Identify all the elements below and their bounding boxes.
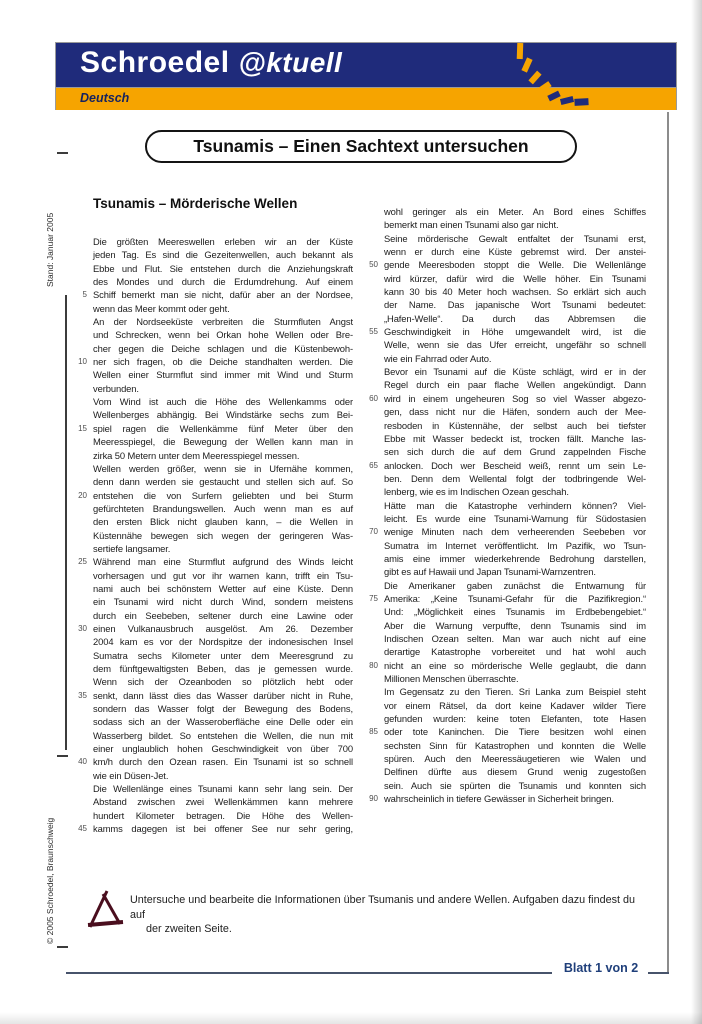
text-line: Küstennähe bewegen sich wegen der gering… — [93, 529, 353, 542]
text-line: denn dann werden sie gestaucht und stell… — [93, 475, 353, 488]
text-line: 90wahrscheinlich in tiefere Gewässer in … — [384, 792, 646, 805]
text-line: Wellen werden größer, wenn sie in Ufernä… — [93, 462, 353, 475]
text-line: jeden Tag. Es sind die Gezeitenwellen, a… — [93, 248, 353, 261]
text-line: wenn er durch eine Küste gebremst wird. … — [384, 245, 646, 258]
text-line: 65anlocken. Doch wer Bescheid weiß, renn… — [384, 459, 646, 472]
gutter-tick-top — [57, 152, 68, 154]
text-line: 10ner sich fragen, ob die Deiche standha… — [93, 355, 353, 368]
line-number: 45 — [65, 822, 87, 835]
text-line: Im Gegensatz zu den Tieren. Sri Lanka zu… — [384, 685, 646, 698]
line-number: 80 — [356, 659, 378, 672]
text-line: 75Amerika: „Keine Tsunami-Gefahr für die… — [384, 592, 646, 605]
text-line: nami auch bei schönstem Wetter auf eine … — [93, 582, 353, 595]
text-line: resboden in Küstennähe, der selbst auch … — [384, 419, 646, 432]
line-number: 75 — [356, 592, 378, 605]
text-line: Ebbe und Flut. Sie entstehen durch die A… — [93, 262, 353, 275]
page-label: Blatt 1 von 2 — [557, 961, 645, 975]
scan-edge-right — [691, 0, 702, 1024]
text-line: verbunden. — [93, 382, 353, 395]
text-line: Aber die Warnung verpuffte, denn Tsunami… — [384, 619, 646, 632]
text-line: Die Wellenlänge eines Tsunami kann sehr … — [93, 782, 353, 795]
text-line: 70wenige Minuten nach dem verheerenden S… — [384, 525, 646, 538]
line-number: 65 — [356, 459, 378, 472]
title-pill: Tsunamis – Einen Sachtext untersuchen — [145, 130, 577, 163]
text-line: Indischen Ozean selten. Man war auch nic… — [384, 632, 646, 645]
text-line: cher gegen die Deiche schlagen und die K… — [93, 342, 353, 355]
left-margin-note-top: Stand: Januar 2005 — [45, 213, 55, 287]
line-number: 25 — [65, 555, 87, 568]
line-number: 90 — [356, 792, 378, 805]
text-line: gefürchteten Brandungswellen. Auch wenn … — [93, 502, 353, 515]
text-line: 80nicht an eine so mörderische Welle geg… — [384, 659, 646, 672]
line-number: 40 — [65, 755, 87, 768]
text-line: sondern das Wasser folgt der Bewegung de… — [93, 702, 353, 715]
text-line: Die Amerikaner gaben zunächst die Entwar… — [384, 579, 646, 592]
gutter-tick-bottom — [57, 946, 68, 948]
text-line: Wenn sich der Ozeanboden so plötzlich he… — [93, 675, 353, 688]
text-line: 55Geschwindigkeit in Höhe umgewandelt wi… — [384, 325, 646, 338]
text-line: 2004 kam es vor der Nordspitze der indon… — [93, 635, 353, 648]
right-column: wohl geringer als ein Meter. An Bord ein… — [384, 205, 646, 805]
text-line: 30einen Vulkanausbruch ausgelöst. Am 26.… — [93, 622, 353, 635]
text-line: sertiefe langsamer. — [93, 542, 353, 555]
text-line: Hätte man die Katastrophe verhindern kön… — [384, 499, 646, 512]
text-line: den ersten Blick nicht glauben kann, – d… — [93, 515, 353, 528]
text-line: hundert Kilometer betragen. Die Höhe des… — [93, 809, 353, 822]
text-line: 5Schiff bemerkt man sie nicht, dafür abe… — [93, 288, 353, 301]
worksheet-page: { "header": { "brand": "Schroedel", "bra… — [0, 0, 702, 1024]
right-border-line — [667, 112, 669, 974]
text-line: wohl geringer als ein Meter. An Bord ein… — [384, 205, 646, 218]
left-column: Die größten Meereswellen erleben wir an … — [93, 235, 353, 835]
line-number: 15 — [65, 422, 87, 435]
text-line: ein Tsunami wird nicht durch Wind, sonde… — [93, 595, 353, 608]
text-line: Wasserberg bildet. So entstehen die Well… — [93, 729, 353, 742]
text-line: wie ein Fahrrad oder Auto. — [384, 352, 646, 365]
text-line: Abstand zwischen zwei Wellenkämmen kann … — [93, 795, 353, 808]
text-line: 85oder tote Kaninchen. Die Tiere besitze… — [384, 725, 646, 738]
text-line: leicht. Es wurde eine Tsunami-Warnung fü… — [384, 512, 646, 525]
text-line: dem fünftgewaltigsten Beben, das je geme… — [93, 662, 353, 675]
text-line: Wellenberges abhängig. Bei Windstärke se… — [93, 408, 353, 421]
page-title: Tsunamis – Einen Sachtext untersuchen — [193, 136, 528, 157]
line-number: 30 — [65, 622, 87, 635]
brand-name: Schroedel — [80, 46, 230, 79]
line-number: 60 — [356, 392, 378, 405]
text-line: sodass sich an der Wasseroberfläche eine… — [93, 715, 353, 728]
text-line: sein. Auch sie spürten die Tsunamis und … — [384, 779, 646, 792]
task-text-line2: der zweiten Seite. — [130, 922, 645, 937]
text-line: vorhersagen und gut vor ihr warnen kann,… — [93, 569, 353, 582]
line-number: 20 — [65, 489, 87, 502]
line-number: 5 — [65, 288, 87, 301]
text-line: gibt es auf Hawaii und Japan Tsunami-War… — [384, 565, 646, 578]
text-line: wird kürzer, dafür wird die Welle höher.… — [384, 272, 646, 285]
text-line: An der Nordseeküste verbreiten die Sturm… — [93, 315, 353, 328]
brand-suffix: @ktuell — [238, 47, 342, 78]
text-line: Sumatra im Internet veröffentlicht. Im P… — [384, 539, 646, 552]
text-line: 50gende Meeresboden stoppt die Welle. Di… — [384, 258, 646, 271]
task-text: Untersuche und bearbeite die Information… — [130, 893, 645, 937]
left-margin-note-bottom: © 2005 Schroedel, Braunschweig — [45, 818, 55, 944]
line-number: 50 — [356, 258, 378, 271]
bottom-border-corner — [648, 972, 669, 974]
text-line: bemerkt man einen Tsunami also gar nicht… — [384, 218, 646, 231]
text-line: „Hafen-Welle“. Da durch das Abbremsen di… — [384, 312, 646, 325]
sunburst-clock-icon — [505, 42, 597, 110]
text-line: lenberg, wie es im Indischen Ozean gesch… — [384, 485, 646, 498]
text-line: ben. Denn dem Wellental folgt der todbri… — [384, 472, 646, 485]
text-line: Die größten Meereswellen erleben wir an … — [93, 235, 353, 248]
text-line: 40km/h durch den Ozean rasen. Ein Tsunam… — [93, 755, 353, 768]
task-triangle-icon — [86, 888, 126, 932]
brand-title: Schroedel @ktuell — [80, 46, 342, 80]
bottom-border-line — [66, 972, 552, 974]
text-line: durch ein Seebeben, seltener durch eine … — [93, 609, 353, 622]
text-line: Wellen einer Sturmflut sind immer mit Wi… — [93, 368, 353, 381]
text-line: Regel durch ein paar flache Wellen angek… — [384, 378, 646, 391]
text-line: derartige Katastrophe vorbereitet und ha… — [384, 645, 646, 658]
text-line: vor einem Rätsel, da dort keine Kadaver … — [384, 699, 646, 712]
line-number: 85 — [356, 725, 378, 738]
text-line: 60wird in einem ungeheuren Sog so viel W… — [384, 392, 646, 405]
text-line: gefunden wurden: keine toten Elefanten, … — [384, 712, 646, 725]
text-line: und Schrecken, wenn bei Orkan hohe Welle… — [93, 328, 353, 341]
task-text-line1: Untersuche und bearbeite die Information… — [130, 893, 645, 922]
text-line: kann 30 bis 40 Meter hoch wachsen. So er… — [384, 285, 646, 298]
text-line: des Mondes und durch die Erdumdrehung. A… — [93, 275, 353, 288]
text-line: zirka 50 Metern unter dem Meeresspiegel … — [93, 449, 353, 462]
article-heading: Tsunamis – Mörderische Wellen — [93, 196, 297, 211]
text-line: Ebbe mit Wasser bedeckt ist, trocken fäl… — [384, 432, 646, 445]
text-line: Vom Wind ist auch die Höhe des Wellenkam… — [93, 395, 353, 408]
text-line: gen, dass nicht nur die Häfen, sondern a… — [384, 405, 646, 418]
text-line: wie ein Düsen-Jet. — [93, 769, 353, 782]
line-number: 10 — [65, 355, 87, 368]
text-line: Sumatra sechs Kilometer unter dem Meeres… — [93, 649, 353, 662]
text-line: wenn das Meer kommt oder geht. — [93, 302, 353, 315]
text-line: Und: „Möglichkeit eines Tsunamis im Erdb… — [384, 605, 646, 618]
text-line: Millionen Menschen überraschte. — [384, 672, 646, 685]
text-line: der Name. Das japanische Wort Tsunami be… — [384, 298, 646, 311]
text-line: Seine mörderische Gewalt entfaltet der T… — [384, 232, 646, 245]
scan-edge-bottom — [0, 1012, 702, 1024]
text-line: 45kamms dagegen ist bei offener See nur … — [93, 822, 353, 835]
text-line: Welle, wenn sie das Ufer erreicht, ungef… — [384, 338, 646, 351]
text-line: sen sich durch die auf dem Grund zappeln… — [384, 445, 646, 458]
line-number: 55 — [356, 325, 378, 338]
text-line: sechsten Sinn für Katastrophen und konnt… — [384, 739, 646, 752]
line-number: 70 — [356, 525, 378, 538]
text-line: 20entstehen die von Surfern geliebten un… — [93, 489, 353, 502]
text-line: 15spiel ragen die Wellenkämme fünf Meter… — [93, 422, 353, 435]
text-line: Delfinen dürfte aus diesem Grund wenig z… — [384, 765, 646, 778]
text-line: spüren. Auch den Meeressäugetieren wie W… — [384, 752, 646, 765]
text-line: einer unglaublich hohen Geschwindigkeit … — [93, 742, 353, 755]
text-line: 35senkt, dann lässt dies das Wasser darü… — [93, 689, 353, 702]
text-line: amis eine immer wiederkehrende Bedrohung… — [384, 552, 646, 565]
text-line: 25Während man eine Sturmflut aufgrund de… — [93, 555, 353, 568]
text-line: Bevor ein Tsunami auf die Küste schlägt,… — [384, 365, 646, 378]
line-number: 35 — [65, 689, 87, 702]
text-line: Meeresspiegel, die Bewegung der Wellen k… — [93, 435, 353, 448]
subject-label: Deutsch — [80, 91, 129, 105]
